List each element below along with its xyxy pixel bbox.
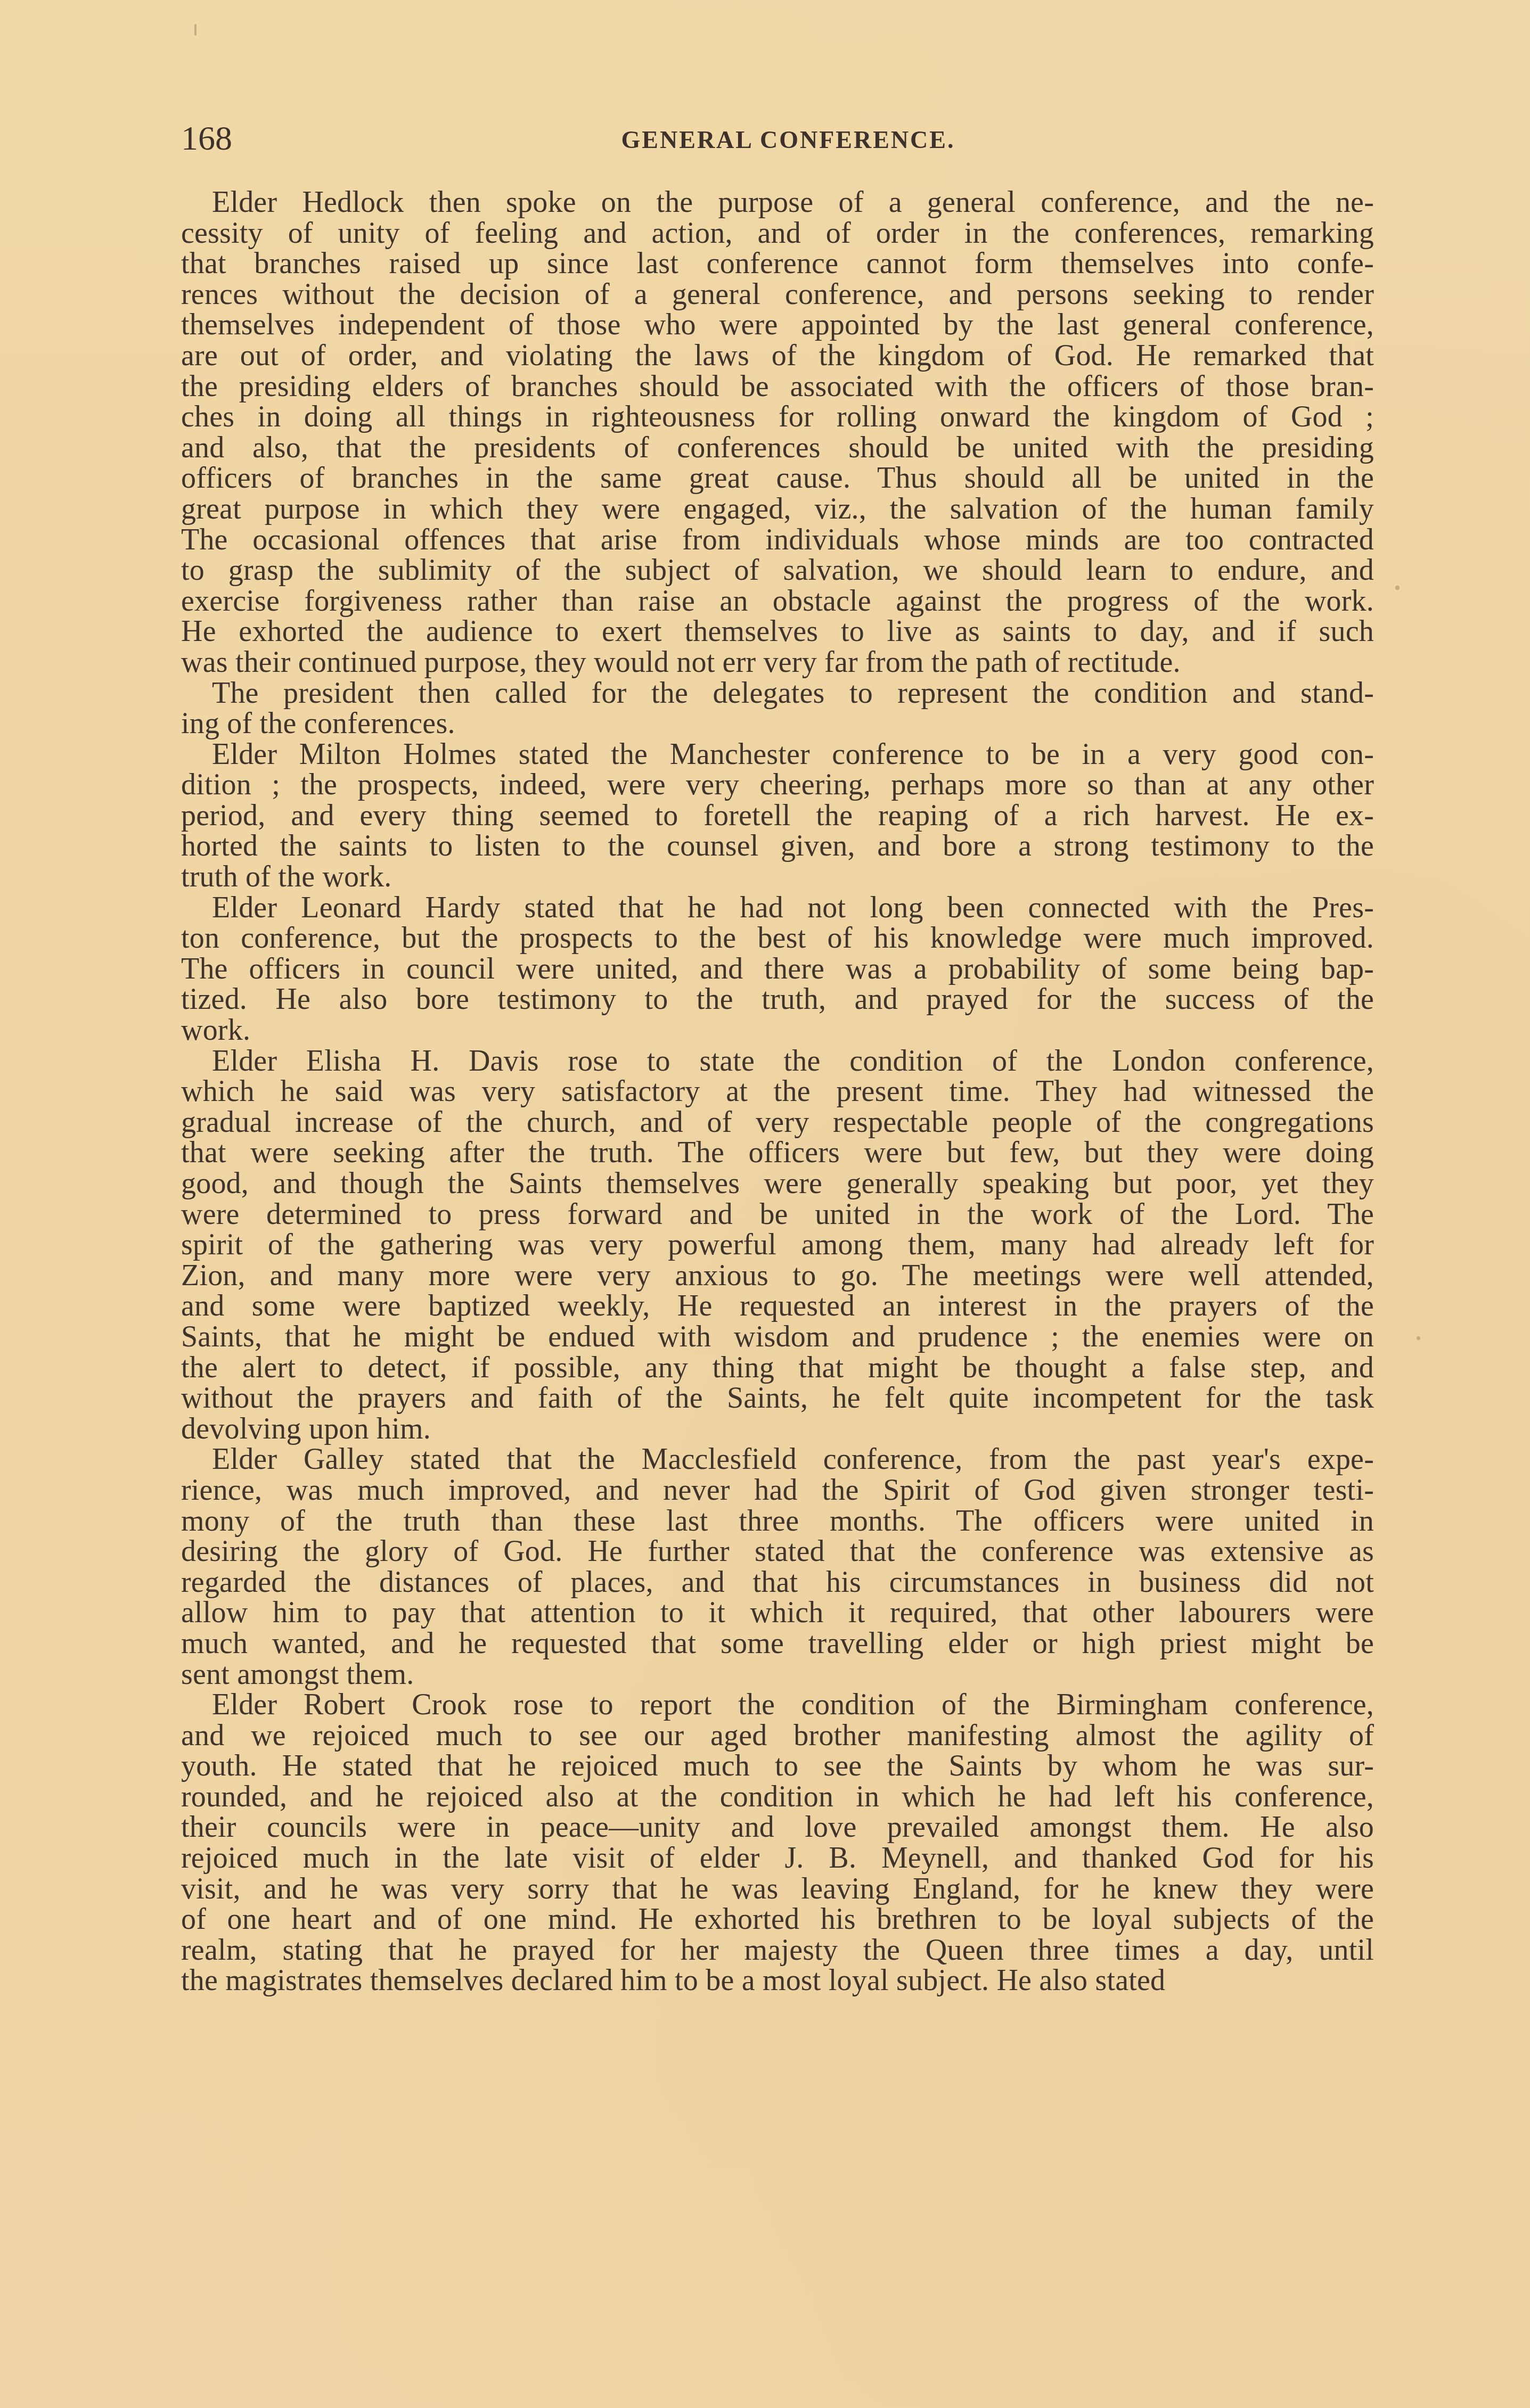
text-line: and also, that the presidents of confere…	[181, 433, 1374, 464]
paragraph: Elder Robert Crook rose to report the co…	[181, 1690, 1374, 1996]
running-head: 168 GENERAL CONFERENCE.	[181, 114, 1374, 162]
paper-speck	[194, 24, 197, 36]
text-line: The president then called for the delega…	[181, 678, 1374, 709]
text-line: Elder Hedlock then spoke on the purpose …	[181, 187, 1374, 218]
running-title: GENERAL CONFERENCE.	[181, 118, 1374, 162]
text-line: He exhorted the audience to exert themse…	[181, 617, 1374, 647]
text-line: allow him to pay that attention to it wh…	[181, 1598, 1374, 1629]
text-line: desiring the glory of God. He further st…	[181, 1536, 1374, 1567]
text-line: which he said was very satisfactory at t…	[181, 1076, 1374, 1107]
text-line: their councils were in peace—unity and l…	[181, 1812, 1374, 1843]
text-line: cessity of unity of feeling and action, …	[181, 218, 1374, 249]
text-line: without the prayers and faith of the Sai…	[181, 1383, 1374, 1414]
text-line: rences without the decision of a general…	[181, 280, 1374, 310]
book-page: 168 GENERAL CONFERENCE. Elder Hedlock th…	[0, 0, 1530, 2408]
text-line: rience, was much improved, and never had…	[181, 1475, 1374, 1506]
text-line: Elder Galley stated that the Macclesfiel…	[181, 1444, 1374, 1475]
text-line: youth. He stated that he rejoiced much t…	[181, 1751, 1374, 1782]
text-line: period, and every thing seemed to forete…	[181, 801, 1374, 832]
paragraph: Elder Elisha H. Davis rose to state the …	[181, 1046, 1374, 1445]
text-line: Saints, that he might be endued with wis…	[181, 1322, 1374, 1353]
text-line: ches in doing all things in righteousnes…	[181, 402, 1374, 433]
text-line: exercise forgiveness rather than raise a…	[181, 586, 1374, 617]
text-line: good, and though the Saints themselves w…	[181, 1169, 1374, 1199]
paragraph: Elder Galley stated that the Macclesfiel…	[181, 1444, 1374, 1690]
paper-speck	[1417, 1336, 1420, 1340]
text-line: spirit of the gathering was very powerfu…	[181, 1230, 1374, 1261]
text-line: Elder Milton Holmes stated the Mancheste…	[181, 739, 1374, 770]
body-text: Elder Hedlock then spoke on the purpose …	[181, 187, 1374, 1996]
text-line: that were seeking after the truth. The o…	[181, 1138, 1374, 1169]
text-line: horted the saints to listen to the couns…	[181, 831, 1374, 862]
text-line: work.	[181, 1015, 1374, 1046]
text-line: tized. He also bore testimony to the tru…	[181, 984, 1374, 1015]
text-line: of one heart and of one mind. He exhorte…	[181, 1904, 1374, 1935]
text-line: to grasp the sublimity of the subject of…	[181, 555, 1374, 586]
text-line: officers of branches in the same great c…	[181, 463, 1374, 494]
text-line: Zion, and many more were very anxious to…	[181, 1261, 1374, 1292]
text-line: rounded, and he rejoiced also at the con…	[181, 1782, 1374, 1813]
text-line: themselves independent of those who were…	[181, 310, 1374, 341]
text-line: sent amongst them.	[181, 1659, 1374, 1690]
text-line: devolving upon him.	[181, 1414, 1374, 1445]
text-line: dition ; the prospects, indeed, were ver…	[181, 770, 1374, 801]
text-line: were determined to press forward and be …	[181, 1199, 1374, 1230]
text-line: are out of order, and violating the laws…	[181, 341, 1374, 372]
text-line: ing of the conferences.	[181, 709, 1374, 739]
text-line: that branches raised up since last confe…	[181, 249, 1374, 280]
text-line: the alert to detect, if possible, any th…	[181, 1353, 1374, 1384]
text-line: rejoiced much in the late visit of elder…	[181, 1843, 1374, 1874]
paper-speck	[1395, 586, 1400, 590]
text-line: the presiding elders of branches should …	[181, 372, 1374, 402]
text-line: mony of the truth than these last three …	[181, 1506, 1374, 1537]
text-line: and we rejoiced much to see our aged bro…	[181, 1721, 1374, 1752]
paragraph: Elder Leonard Hardy stated that he had n…	[181, 893, 1374, 1046]
text-line: great purpose in which they were engaged…	[181, 494, 1374, 525]
text-line: realm, stating that he prayed for her ma…	[181, 1935, 1374, 1966]
paragraph: Elder Hedlock then spoke on the purpose …	[181, 187, 1374, 678]
text-line: Elder Leonard Hardy stated that he had n…	[181, 893, 1374, 924]
text-line: Elder Robert Crook rose to report the co…	[181, 1690, 1374, 1721]
text-line: gradual increase of the church, and of v…	[181, 1107, 1374, 1138]
text-line: and some were baptized weekly, He reques…	[181, 1291, 1374, 1322]
text-line: regarded the distances of places, and th…	[181, 1567, 1374, 1598]
text-line: was their continued purpose, they would …	[181, 647, 1374, 678]
text-line: Elder Elisha H. Davis rose to state the …	[181, 1046, 1374, 1077]
paragraph: The president then called for the delega…	[181, 678, 1374, 739]
text-line: visit, and he was very sorry that he was…	[181, 1874, 1374, 1905]
text-line: The officers in council were united, and…	[181, 954, 1374, 985]
text-line: ton conference, but the prospects to the…	[181, 923, 1374, 954]
text-line: the magistrates themselves declared him …	[181, 1966, 1374, 1996]
text-line: The occasional offences that arise from …	[181, 525, 1374, 556]
paragraph: Elder Milton Holmes stated the Mancheste…	[181, 739, 1374, 893]
text-line: truth of the work.	[181, 862, 1374, 893]
text-line: much wanted, and he requested that some …	[181, 1629, 1374, 1659]
